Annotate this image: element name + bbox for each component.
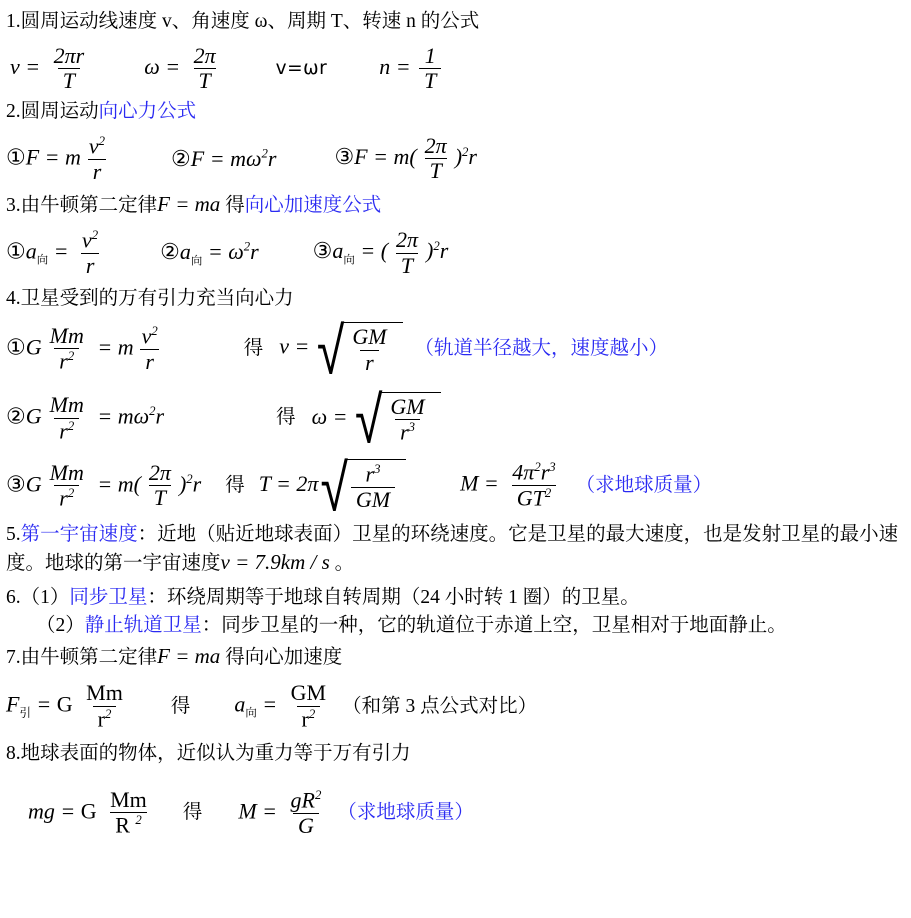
math-subscript: 向 — [191, 255, 202, 267]
math-text: GT — [517, 486, 545, 511]
math-text: r — [365, 350, 374, 375]
math-text: Mm — [50, 392, 84, 417]
math-text: ② — [6, 403, 26, 428]
math-fraction: Mmr2 — [81, 681, 128, 732]
math-text: r — [156, 403, 165, 428]
math-text: T — [199, 68, 211, 93]
math-text: R — [115, 813, 135, 838]
formula-accel-gm-r2: a向 = GMr2 — [234, 681, 334, 732]
formula-accel-period: ③a向 = (2πT)2r — [313, 228, 449, 278]
math-numerator: 1 — [420, 44, 441, 69]
math-text: 2π — [149, 460, 171, 485]
formula-gravity-equals-momega2r: ②GMmr2 = mω2r — [6, 393, 164, 444]
math-text: = — [390, 54, 416, 79]
math-fraction: 2πrT — [49, 44, 90, 94]
physics-notes-document: 1.圆周运动线速度 v、角速度 ω、周期 T、转速 n 的公式 v = 2πrT… — [0, 0, 911, 838]
math-text: ② — [160, 239, 180, 264]
math-text: r — [86, 253, 95, 278]
math-text: ③ — [6, 471, 26, 496]
highlighted-term-first-cosmic-velocity: 第一宇宙速度 — [21, 524, 138, 545]
math-numerator: Mm — [81, 681, 128, 706]
heading-text: 3.由牛顿第二定律 — [6, 195, 157, 216]
math-denominator: T — [419, 68, 441, 94]
math-text: r — [145, 349, 154, 374]
math-numerator: GM — [385, 395, 429, 420]
math-text: M = — [460, 471, 504, 496]
math-numerator: 2π — [144, 461, 176, 486]
math-numerator: v2 — [84, 134, 110, 159]
math-text: r — [541, 460, 550, 485]
highlighted-term-centripetal-acceleration: 向心加速度公式 — [245, 195, 382, 216]
math-fraction: Mmr2 — [45, 393, 89, 444]
formula-v-equals-omega-r: v=ωr — [276, 58, 328, 79]
inline-math-79kms: v = 7.9km / s — [221, 550, 330, 574]
math-denominator: T — [396, 253, 418, 279]
math-sqrt: √GMr3 — [355, 392, 441, 446]
formula-accel-omega: ②a向 = ω2r — [160, 239, 259, 268]
note-earth-mass: （求地球质量） — [576, 472, 713, 500]
math-text: G — [298, 813, 314, 838]
math-text: r — [366, 461, 375, 486]
math-sqrt: √GMr — [317, 322, 403, 375]
math-text: r — [400, 419, 409, 444]
math-text: = mω — [92, 403, 149, 428]
math-fraction: r3GM — [351, 462, 395, 513]
math-subscript: 向 — [343, 255, 354, 267]
math-text: GM — [291, 680, 326, 705]
math-text: r — [59, 418, 68, 443]
formula-row-centripetal-acceleration: ①a向 = v2r ②a向 = ω2r ③a向 = (2πT)2r — [6, 228, 903, 279]
math-numerator: GM — [347, 325, 391, 350]
math-superscript: 2 — [105, 707, 111, 721]
math-text: Mm — [110, 787, 147, 812]
formula-force-v-squared: ①F = mv2r — [6, 134, 113, 185]
math-numerator: gR2 — [286, 788, 327, 813]
formula-angular-velocity: ω = 2πT — [144, 44, 223, 94]
math-text: v — [82, 227, 92, 252]
math-denominator: G — [293, 813, 319, 839]
math-denominator: T — [149, 485, 171, 511]
math-denominator: r2 — [54, 418, 79, 444]
section-8-heading: 8.地球表面的物体，近似认为重力等于万有引力 — [6, 740, 903, 768]
math-numerator: Mm — [45, 393, 89, 418]
math-denominator: R 2 — [110, 812, 147, 838]
math-numerator: Mm — [45, 461, 89, 486]
math-text: G — [57, 692, 78, 717]
math-fraction: 2πT — [420, 134, 452, 184]
inline-math-f-ma: F = ma — [157, 644, 220, 668]
math-superscript: 2 — [135, 813, 141, 827]
math-denominator: r — [360, 350, 379, 376]
math-fraction: 2πT — [144, 461, 176, 511]
label-de: 得 — [183, 799, 203, 827]
math-fraction: Mmr2 — [45, 324, 89, 375]
math-text: ③ — [313, 238, 333, 263]
math-text: v — [89, 133, 99, 158]
math-fraction: v2r — [137, 324, 163, 375]
formula-row-gravitational-acceleration: F引 = G Mmr2 得 a向 = GMr2 （和第 3 点公式对比） — [6, 681, 903, 732]
math-fraction: 4π2r3GT2 — [507, 460, 560, 511]
heading-text: 2.圆周运动 — [6, 101, 99, 122]
math-text: T — [430, 158, 442, 183]
highlighted-term-geosync-satellite: 同步卫星 — [69, 587, 147, 608]
math-text: r — [268, 146, 277, 171]
math-text: v — [10, 54, 20, 79]
math-denominator: r2 — [54, 348, 79, 374]
math-text: F = mω — [191, 146, 262, 171]
section-4-heading: 4.卫星受到的万有引力充当向心力 — [6, 285, 903, 313]
math-text: mg = — [28, 798, 81, 823]
label-de: 得 — [225, 472, 245, 500]
radical-icon: √ — [355, 395, 382, 445]
formula-gravitational-force: F引 = G Mmr2 — [6, 681, 131, 732]
math-superscript: 2 — [545, 486, 551, 500]
math-denominator: r2 — [93, 706, 117, 732]
radical-icon: √ — [317, 325, 344, 375]
math-fraction: GMr — [347, 325, 391, 375]
math-denominator: T — [194, 68, 216, 94]
formula-earth-mass: M = 4π2r3GT2 — [460, 460, 564, 511]
math-text: 2π — [425, 133, 447, 158]
math-fraction: 2πT — [189, 44, 221, 94]
heading-text: 得 — [220, 195, 244, 216]
math-text: GM — [390, 394, 424, 419]
math-text: = m( — [92, 471, 141, 496]
math-sqrt-body: r3GM — [345, 459, 406, 513]
math-text: = — [160, 54, 186, 79]
math-text: = — [257, 692, 283, 717]
math-text: ω = — [312, 403, 353, 428]
highlighted-term-centripetal-force: 向心力公式 — [99, 101, 197, 122]
math-text: G — [26, 471, 42, 496]
inline-math-f-ma: F = ma — [157, 192, 220, 216]
math-denominator: r2 — [297, 706, 321, 732]
formula-row-centripetal-force: ①F = mv2r ②F = mω2r ③F = m(2πT)2r — [6, 134, 903, 185]
formula-rotational-speed: n = 1T — [379, 44, 444, 94]
formula-row-circular-motion: v = 2πrT ω = 2πT v=ωr n = 1T — [6, 44, 903, 94]
math-text: Mm — [86, 680, 123, 705]
math-numerator: 2π — [420, 134, 452, 159]
math-text: ① — [6, 144, 26, 169]
math-fraction: v2r — [77, 228, 103, 279]
math-text: 2π — [396, 227, 418, 252]
paragraph-tail: 。 — [330, 553, 354, 574]
section-6-line-1: 6.（1）同步卫星：环绕周期等于地球自转周期（24 小时转 1 圈）的卫星。 — [6, 584, 903, 612]
section-3-heading: 3.由牛顿第二定律F = ma 得向心加速度公式 — [6, 190, 903, 220]
math-superscript: 2 — [151, 324, 157, 338]
math-numerator: Mm — [105, 788, 152, 813]
formula-linear-velocity: v = 2πrT — [10, 44, 92, 94]
math-text: 1 — [425, 43, 436, 68]
math-denominator: r — [140, 349, 159, 375]
section-2-heading: 2.圆周运动向心力公式 — [6, 98, 903, 126]
math-text: = ( — [355, 238, 388, 263]
math-fraction: GMr2 — [286, 681, 331, 732]
paragraph-text: ：同步卫星的一种，它的轨道位于赤道上空，卫星相对于地面静止。 — [202, 615, 787, 636]
math-text: r — [93, 159, 102, 184]
math-text: ① — [6, 334, 26, 359]
math-text: Mm — [50, 323, 84, 348]
math-denominator: r — [81, 253, 100, 279]
math-numerator: Mm — [45, 324, 89, 349]
math-denominator: r — [88, 159, 107, 185]
math-text: 4π — [512, 460, 534, 485]
math-text: a — [26, 238, 37, 263]
math-text: T — [401, 253, 413, 278]
math-text: = — [48, 238, 74, 263]
math-numerator: GM — [286, 681, 331, 706]
math-text: T — [424, 68, 436, 93]
math-text: r — [59, 486, 68, 511]
section-6-line-2: （2）静止轨道卫星：同步卫星的一种，它的轨道位于赤道上空，卫星相对于地面静止。 — [6, 612, 903, 640]
math-text: r — [250, 239, 259, 264]
math-text: r — [440, 238, 449, 263]
math-text: r — [98, 706, 105, 731]
label-de: 得 — [171, 693, 191, 721]
heading-text: 8.地球表面的物体，近似认为重力等于万有引力 — [6, 743, 411, 764]
paragraph-number: 6.（1） — [6, 587, 69, 608]
paragraph-text: ：环绕周期等于地球自转周期（24 小时转 1 圈）的卫星。 — [147, 587, 639, 608]
math-denominator: T — [425, 158, 447, 184]
highlighted-term-stationary-orbit-satellite: 静止轨道卫星 — [85, 615, 202, 636]
math-text: T = 2π — [259, 471, 319, 496]
math-text: a — [332, 238, 343, 263]
math-text: T — [154, 485, 166, 510]
math-text: v = — [279, 334, 315, 359]
math-text: GM — [356, 487, 390, 512]
formula-row-surface-gravity: mg = G MmR 2 得 M = gR2G （求地球质量） — [6, 788, 903, 839]
formula-gravity-equals-mv2r: ①GMmr2 = mv2r — [6, 324, 166, 375]
label-de: 得 — [276, 404, 296, 432]
math-text: T — [63, 68, 75, 93]
math-sqrt-body: GMr — [341, 322, 402, 375]
math-numerator: v2 — [77, 228, 103, 253]
math-fraction: MmR 2 — [105, 788, 152, 839]
math-superscript: 2 — [92, 228, 98, 242]
math-text: r — [59, 349, 68, 374]
math-text: F = m( — [354, 144, 417, 169]
math-text: ① — [6, 238, 26, 263]
math-text: G — [26, 403, 42, 428]
math-subscript: 引 — [19, 708, 30, 720]
math-superscript: 3 — [374, 462, 380, 476]
note-compare-point-3: （和第 3 点公式对比） — [342, 693, 537, 721]
math-text: Mm — [50, 460, 84, 485]
math-sqrt: √r3GM — [320, 459, 406, 513]
math-superscript: 2 — [68, 349, 74, 363]
math-text: F = m — [26, 144, 81, 169]
heading-text: 得向心加速度 — [220, 647, 342, 668]
label-de: 得 — [244, 335, 264, 363]
formula-accel-v-squared: ①a向 = v2r — [6, 228, 106, 279]
math-subscript: 向 — [245, 708, 256, 720]
formula-force-period: ③F = m(2πT)2r — [334, 134, 477, 184]
math-text: 2π — [194, 43, 216, 68]
math-numerator: v2 — [137, 324, 163, 349]
math-text: ② — [171, 146, 191, 171]
heading-text: 1.圆周运动线速度 v、角速度 ω、周期 T、转速 n 的公式 — [6, 11, 479, 32]
paragraph-text: ：近地（贴近地球表面）卫星的环绕速度。它是卫星的最大速度，也是发射卫星的最小速度… — [6, 524, 898, 575]
math-fraction: 1T — [419, 44, 441, 94]
formula-orbital-velocity: v = √GMr — [279, 322, 404, 375]
math-text: a — [180, 239, 191, 264]
math-numerator: 2πr — [49, 44, 90, 69]
math-text: = — [31, 692, 57, 717]
math-sqrt-body: GMr3 — [379, 392, 440, 446]
formula-force-omega: ②F = mω2r — [171, 146, 276, 172]
math-text: 2πr — [54, 43, 85, 68]
heading-text: 4.卫星受到的万有引力充当向心力 — [6, 288, 294, 309]
formula-earth-mass-gr2: M = gR2G — [238, 788, 329, 839]
math-text: a — [234, 692, 245, 717]
math-text: GM — [352, 324, 386, 349]
math-numerator: 2π — [391, 228, 423, 253]
math-text: M = — [238, 798, 282, 823]
math-text: G — [81, 798, 102, 823]
math-numerator: 2π — [189, 44, 221, 69]
formula-row-gravity-period: ③GMmr2 = m(2πT)2r 得 T = 2π√r3GM M = 4π2r… — [6, 459, 903, 513]
math-superscript: 2 — [68, 486, 74, 500]
math-subscript: 向 — [37, 255, 48, 267]
math-text: n — [379, 54, 390, 79]
math-superscript: 3 — [549, 460, 555, 474]
math-denominator: r2 — [54, 485, 79, 511]
paragraph-number: （2） — [36, 615, 85, 636]
math-numerator: r3 — [361, 462, 386, 487]
math-denominator: r3 — [395, 419, 420, 445]
math-denominator: T — [58, 68, 80, 94]
formula-row-gravity-omega: ②GMmr2 = mω2r 得 ω = √GMr3 — [6, 392, 903, 446]
math-superscript: 2 — [68, 419, 74, 433]
math-text: ω — [144, 54, 160, 79]
math-superscript: 2 — [99, 134, 105, 148]
math-fraction: Mmr2 — [45, 461, 89, 512]
formula-orbital-period: T = 2π√r3GM — [259, 459, 408, 513]
note-earth-mass: （求地球质量） — [337, 799, 474, 827]
formula-orbital-omega: ω = √GMr3 — [312, 392, 443, 446]
math-text: v — [142, 323, 152, 348]
math-text: = — [20, 54, 46, 79]
math-denominator: GT2 — [512, 485, 557, 511]
formula-mg-equals-gravity: mg = G MmR 2 — [28, 788, 155, 839]
section-5-paragraph: 5.第一宇宙速度：近地（贴近地球表面）卫星的环绕速度。它是卫星的最大速度，也是发… — [6, 521, 903, 579]
math-text: ) — [455, 144, 462, 169]
math-superscript: 2 — [315, 788, 321, 802]
formula-gravity-equals-period: ③GMmr2 = m(2πT)2r — [6, 461, 201, 512]
section-7-heading: 7.由牛顿第二定律F = ma 得向心加速度 — [6, 642, 903, 672]
math-fraction: 2πT — [391, 228, 423, 278]
paragraph-number: 5. — [6, 524, 21, 545]
math-text: = m — [92, 334, 134, 359]
math-superscript: 2 — [309, 707, 315, 721]
formula-row-gravity-velocity: ①GMmr2 = mv2r 得 v = √GMr （轨道半径越大，速度越小） — [6, 322, 903, 375]
radical-icon: √ — [320, 463, 347, 513]
section-1-heading: 1.圆周运动线速度 v、角速度 ω、周期 T、转速 n 的公式 — [6, 8, 903, 36]
math-fraction: gR2G — [286, 788, 327, 839]
math-fraction: GMr3 — [385, 395, 429, 446]
math-text: r — [302, 706, 309, 731]
math-denominator: GM — [351, 487, 395, 513]
math-numerator: 4π2r3 — [507, 460, 560, 485]
math-superscript: 3 — [409, 420, 415, 434]
heading-text: 7.由牛顿第二定律 — [6, 647, 157, 668]
note-orbit-radius: （轨道半径越大，速度越小） — [415, 335, 669, 363]
math-text: F — [6, 692, 19, 717]
math-text: gR — [291, 787, 315, 812]
math-text: = ω — [202, 239, 243, 264]
math-text: G — [26, 334, 42, 359]
math-text: ③ — [334, 144, 354, 169]
math-fraction: v2r — [84, 134, 110, 185]
math-text: r — [468, 144, 477, 169]
math-text: r — [193, 471, 202, 496]
